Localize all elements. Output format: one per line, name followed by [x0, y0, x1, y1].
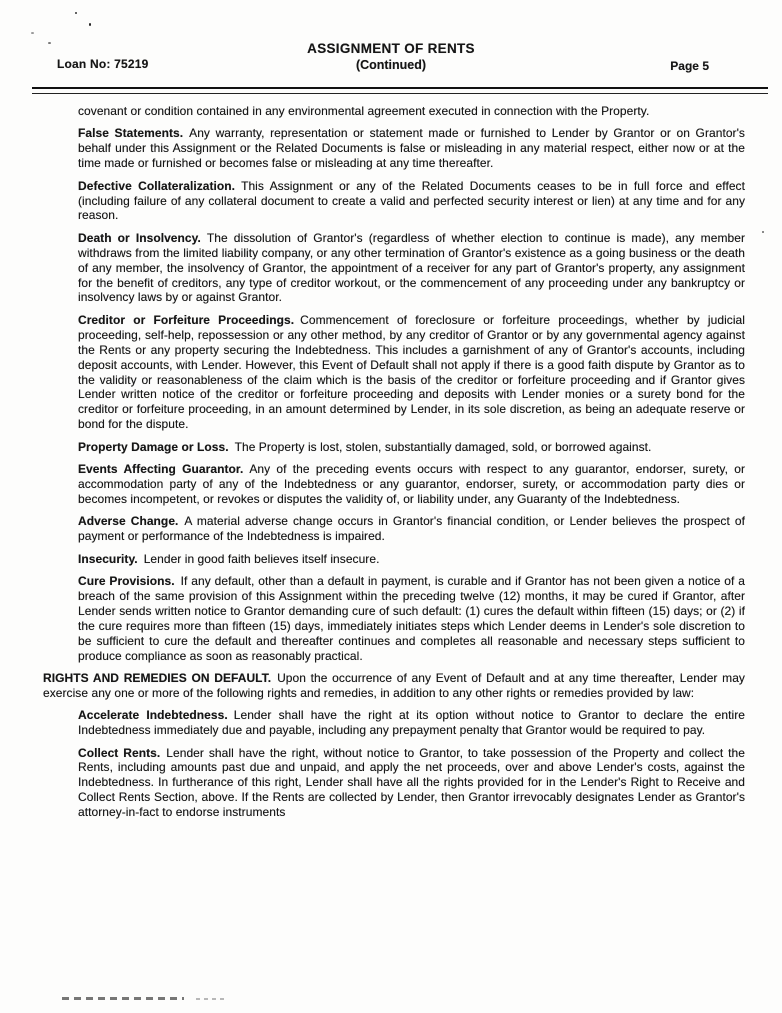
- document-body: covenant or condition contained in any e…: [78, 104, 745, 828]
- paragraph: Cure Provisions.If any default, other th…: [78, 574, 745, 663]
- paragraph-heading: Property Damage or Loss.: [78, 440, 229, 454]
- scan-artifact-dashes: [62, 997, 184, 1000]
- paragraph-heading: Collect Rents.: [78, 746, 160, 760]
- document-title: ASSIGNMENT OF RENTS: [0, 41, 782, 56]
- scan-artifact-dot: [762, 231, 764, 233]
- paragraph-heading: Events Affecting Guarantor.: [78, 462, 243, 476]
- scan-artifact-dot: [31, 32, 34, 34]
- paragraph-text: A material adverse change occurs in Gran…: [78, 514, 745, 543]
- header-divider: [32, 87, 768, 94]
- paragraph-text: If any default, other than a default in …: [78, 574, 745, 663]
- paragraph: Defective Collateralization.This Assignm…: [78, 179, 745, 224]
- document-subtitle: (Continued): [0, 58, 782, 72]
- paragraph-heading: Death or Insolvency.: [78, 231, 201, 245]
- paragraph-heading: Adverse Change.: [78, 514, 178, 528]
- scan-artifact-dashes: [196, 998, 226, 1000]
- paragraph: Accelerate Indebtedness.Lender shall hav…: [78, 708, 745, 738]
- paragraph: covenant or condition contained in any e…: [78, 104, 745, 119]
- paragraph-heading: Insecurity.: [78, 552, 138, 566]
- paragraph-text: The Property is lost, stolen, substantia…: [235, 440, 652, 454]
- paragraph: Creditor or Forfeiture Proceedings.Comme…: [78, 313, 745, 432]
- paragraph: Collect Rents.Lender shall have the righ…: [78, 746, 745, 821]
- page-number: Page 5: [670, 59, 709, 73]
- paragraph-heading: Creditor or Forfeiture Proceedings.: [78, 313, 294, 327]
- paragraph: Property Damage or Loss.The Property is …: [78, 440, 745, 455]
- paragraph-heading: Cure Provisions.: [78, 574, 175, 588]
- paragraph: Death or Insolvency.The dissolution of G…: [78, 231, 745, 306]
- paragraph-text: Lender shall have the right, without not…: [78, 746, 745, 820]
- paragraph: Insecurity.Lender in good faith believes…: [78, 552, 745, 567]
- scan-artifact-dot: [48, 42, 51, 44]
- paragraph: RIGHTS AND REMEDIES ON DEFAULT.Upon the …: [43, 671, 745, 701]
- scan-artifact-dot: [89, 23, 91, 26]
- paragraph-heading: Accelerate Indebtedness.: [78, 708, 228, 722]
- document-page: Loan No: 75219 ASSIGNMENT OF RENTS (Cont…: [0, 0, 782, 1013]
- paragraph-heading: False Statements.: [78, 126, 183, 140]
- paragraph: False Statements.Any warranty, represent…: [78, 126, 745, 171]
- paragraph-text: Lender in good faith believes itself ins…: [144, 552, 380, 566]
- paragraph-text: covenant or condition contained in any e…: [78, 104, 649, 118]
- scan-artifact-dot: [75, 12, 77, 14]
- paragraph-heading: RIGHTS AND REMEDIES ON DEFAULT.: [43, 671, 271, 685]
- paragraph-heading: Defective Collateralization.: [78, 179, 235, 193]
- paragraph: Events Affecting Guarantor.Any of the pr…: [78, 462, 745, 507]
- paragraph-text: Commencement of foreclosure or forfeitur…: [78, 313, 745, 431]
- paragraph: Adverse Change.A material adverse change…: [78, 514, 745, 544]
